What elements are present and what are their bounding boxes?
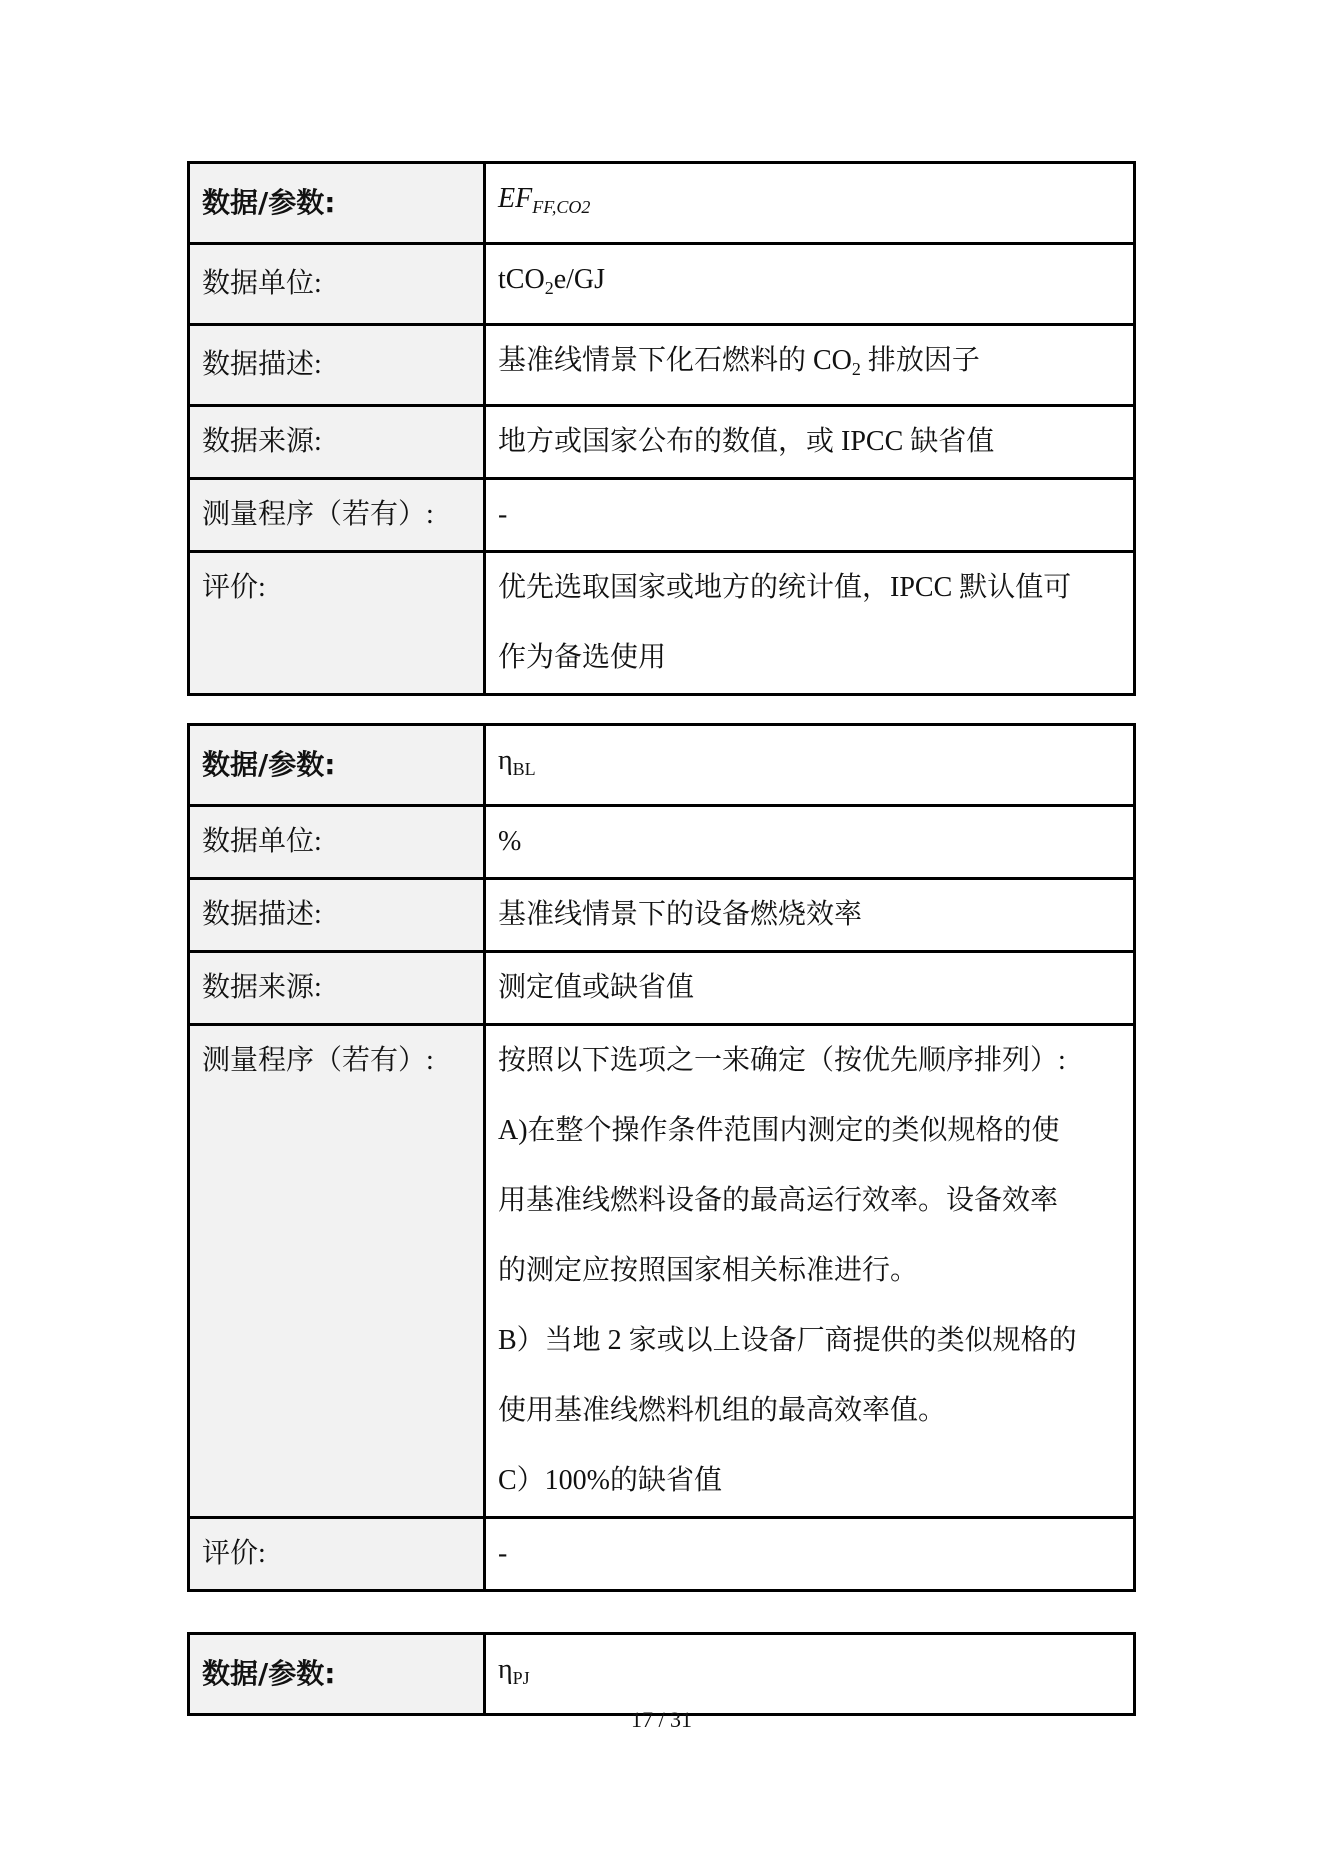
table-row: 评价: - xyxy=(189,1518,1135,1591)
table-row: 数据/参数: ηPJ xyxy=(189,1634,1135,1715)
row-value: tCO2e/GJ xyxy=(485,244,1135,325)
symbol-subscript: BL xyxy=(513,759,536,779)
symbol-main: η xyxy=(498,1654,513,1685)
table-row: 数据单位: tCO2e/GJ xyxy=(189,244,1135,325)
table-row: 数据单位: % xyxy=(189,806,1135,879)
value-line: C）100%的缺省值 xyxy=(498,1446,1123,1516)
value-line: 的测定应按照国家相关标准进行。 xyxy=(498,1236,1123,1306)
table-row: 数据/参数: ηBL xyxy=(189,725,1135,806)
row-label: 数据/参数: xyxy=(189,163,485,244)
table-row: 数据来源: 地方或国家公布的数值，或 IPCC 缺省值 xyxy=(189,406,1135,479)
row-label: 测量程序（若有）: xyxy=(189,479,485,552)
row-label: 数据单位: xyxy=(189,244,485,325)
subscript: 2 xyxy=(545,278,554,298)
row-value: - xyxy=(485,1518,1135,1591)
row-label: 评价: xyxy=(189,1518,485,1591)
row-value: 优先选取国家或地方的统计值，IPCC 默认值可 作为备选使用 xyxy=(485,552,1135,695)
symbol-subscript: PJ xyxy=(513,1668,530,1688)
row-value: 基准线情景下的设备燃烧效率 xyxy=(485,879,1135,952)
symbol-main: η xyxy=(498,745,513,776)
table-row: 数据描述: 基准线情景下的设备燃烧效率 xyxy=(189,879,1135,952)
table-row: 测量程序（若有）: - xyxy=(189,479,1135,552)
row-label: 评价: xyxy=(189,552,485,695)
row-value: 基准线情景下化石燃料的 CO2 排放因子 xyxy=(485,325,1135,406)
row-value: 按照以下选项之一来确定（按优先顺序排列）: A)在整个操作条件范围内测定的类似规… xyxy=(485,1025,1135,1518)
row-label: 数据单位: xyxy=(189,806,485,879)
table-row: 评价: 优先选取国家或地方的统计值，IPCC 默认值可 作为备选使用 xyxy=(189,552,1135,695)
value-line: 用基准线燃料设备的最高运行效率。设备效率 xyxy=(498,1166,1123,1236)
row-value: 测定值或缺省值 xyxy=(485,952,1135,1025)
page-number: 17 / 31 xyxy=(0,1707,1323,1733)
subscript: 2 xyxy=(852,359,861,379)
value-line: 使用基准线燃料机组的最高效率值。 xyxy=(498,1376,1123,1446)
table-row: 数据来源: 测定值或缺省值 xyxy=(189,952,1135,1025)
table-row: 测量程序（若有）: 按照以下选项之一来确定（按优先顺序排列）: A)在整个操作条… xyxy=(189,1025,1135,1518)
value-text: 排放因子 xyxy=(861,345,980,376)
table-row: 数据/参数: EFFF,CO2 xyxy=(189,163,1135,244)
row-value: ηBL xyxy=(485,725,1135,806)
row-value: ηPJ xyxy=(485,1634,1135,1715)
row-label: 数据来源: xyxy=(189,406,485,479)
row-label: 数据/参数: xyxy=(189,1634,485,1715)
row-label: 测量程序（若有）: xyxy=(189,1025,485,1518)
value-line: B）当地 2 家或以上设备厂商提供的类似规格的 xyxy=(498,1306,1123,1376)
row-label: 数据描述: xyxy=(189,325,485,406)
table-row: 数据描述: 基准线情景下化石燃料的 CO2 排放因子 xyxy=(189,325,1135,406)
value-line: 优先选取国家或地方的统计值，IPCC 默认值可 xyxy=(498,553,1123,623)
row-value: - xyxy=(485,479,1135,552)
parameter-table-eta-bl: 数据/参数: ηBL 数据单位: % 数据描述: 基准线情景下的设备燃烧效率 数… xyxy=(187,723,1136,1592)
row-value: 地方或国家公布的数值，或 IPCC 缺省值 xyxy=(485,406,1135,479)
row-label: 数据/参数: xyxy=(189,725,485,806)
value-line: 按照以下选项之一来确定（按优先顺序排列）: xyxy=(498,1026,1123,1096)
parameter-table-eta-pj: 数据/参数: ηPJ xyxy=(187,1632,1136,1716)
symbol-main: EF xyxy=(498,183,532,214)
row-value: % xyxy=(485,806,1135,879)
value-text: e/GJ xyxy=(554,264,605,295)
row-label: 数据描述: xyxy=(189,879,485,952)
value-line: A)在整个操作条件范围内测定的类似规格的使 xyxy=(498,1096,1123,1166)
value-text: 基准线情景下化石燃料的 CO xyxy=(498,345,852,376)
value-text: tCO xyxy=(498,264,545,295)
row-value: EFFF,CO2 xyxy=(485,163,1135,244)
symbol-subscript: FF,CO2 xyxy=(532,197,590,217)
parameter-table-ef-ff-co2: 数据/参数: EFFF,CO2 数据单位: tCO2e/GJ 数据描述: 基准线… xyxy=(187,161,1136,696)
row-label: 数据来源: xyxy=(189,952,485,1025)
value-line: 作为备选使用 xyxy=(498,623,1123,693)
